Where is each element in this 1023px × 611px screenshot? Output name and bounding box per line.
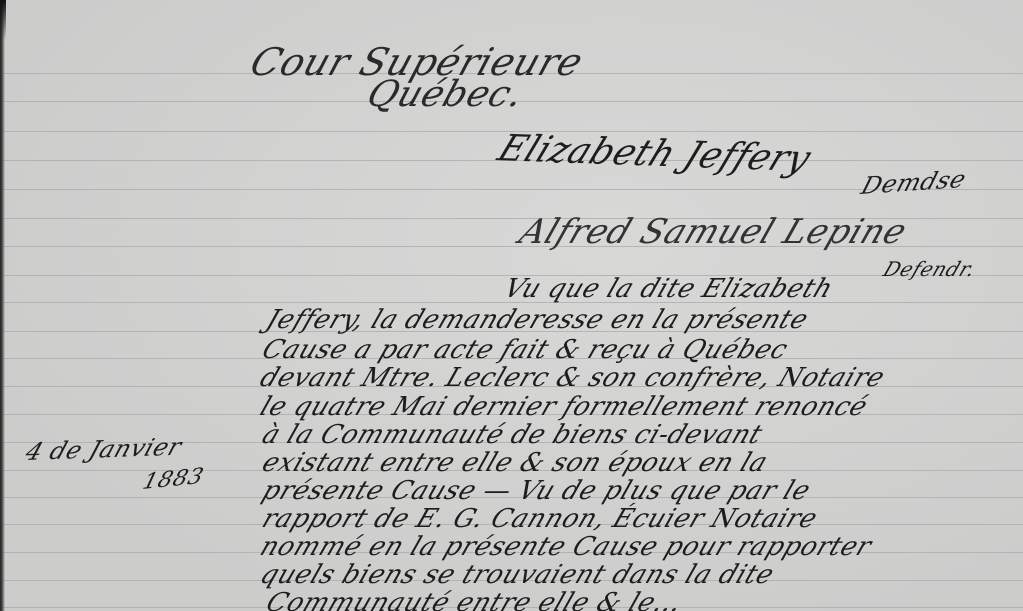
defendant-role: Defendr. <box>880 257 979 281</box>
body-line: quels biens se trouvaient dans la dite <box>256 560 778 590</box>
place-heading: Québec. <box>362 74 529 115</box>
body-line: Cause a par acte fait & reçu à Québec <box>258 335 792 365</box>
document-page: Cour Supérieure Québec. Elizabeth Jeffer… <box>0 0 1023 611</box>
body-line: existant entre elle & son époux en la <box>258 448 772 478</box>
body-line: Jeffery, la demanderesse en la présente <box>262 305 812 335</box>
body-line: Vu que la dite Elizabeth <box>500 274 837 304</box>
body-line: présente Cause — Vu de plus que par le <box>258 476 815 506</box>
body-line: devant Mtre. Leclerc & son confrère, Not… <box>256 363 889 393</box>
page-binding-edge <box>0 0 5 611</box>
body-line: à la Communauté de biens ci-devant <box>258 420 767 450</box>
body-line: le quatre Mai dernier formellement renon… <box>256 392 872 422</box>
margin-date-note: 4 de Janvier <box>22 433 185 466</box>
defendant-name: Alfred Samuel Lepine <box>514 212 912 252</box>
body-line: Communauté entre elle & le... <box>262 588 686 611</box>
body-line: rapport de E. G. Cannon, Écuier Notaire <box>258 504 822 534</box>
page-corner-shadow <box>0 0 6 40</box>
body-line: nommé en la présente Cause pour rapporte… <box>256 532 876 562</box>
